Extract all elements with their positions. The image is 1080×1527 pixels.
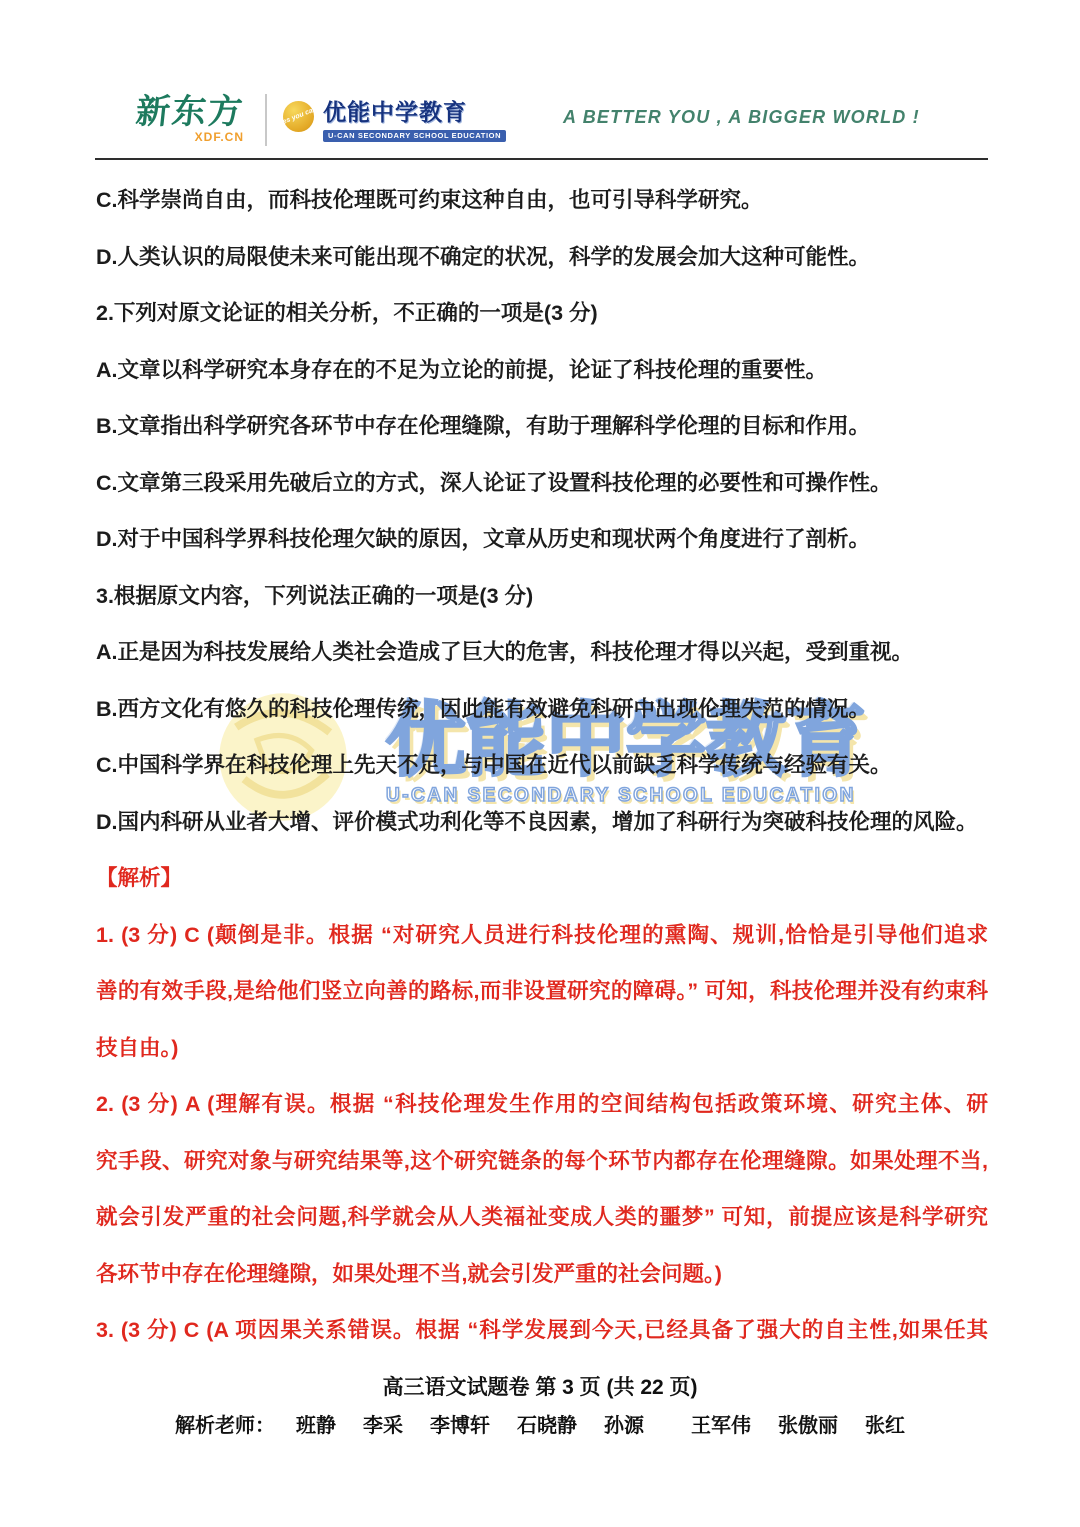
- ucan-ball-text: yes you can: [279, 106, 319, 128]
- analysis-lines: 1. (3 分) C (颠倒是非。根据 “对研究人员进行科技伦理的熏陶、规训,恰…: [96, 907, 988, 1359]
- question-line: B.文章指出科学研究各环节中存在伦理缝隙，有助于理解科学伦理的目标和作用。: [96, 398, 988, 455]
- analysis-line: 2. (3 分) A (理解有误。根据 “科技伦理发生作用的空间结构包括政策环境…: [96, 1076, 988, 1133]
- analysis-line: 就会引发严重的社会问题,科学就会从人类福祉变成人类的噩梦” 可知，前提应该是科学…: [96, 1189, 988, 1246]
- question-line: B.西方文化有悠久的科技伦理传统，因此能有效避免科研中出现伦理失范的情况。: [96, 681, 988, 738]
- question-line: C.科学崇尚自由，而科技伦理既可约束这种自由，也可引导科学研究。: [96, 172, 988, 229]
- question-line: C.中国科学界在科技伦理上先天不足，与中国在近代以前缺乏科学传统与经验有关。: [96, 737, 988, 794]
- analysis-line: 究手段、研究对象与研究结果等,这个研究链条的每个环节内都存在伦理缝隙。如果处理不…: [96, 1133, 988, 1190]
- question-line: C.文章第三段采用先破后立的方式，深人论证了设置科技伦理的必要性和可操作性。: [96, 455, 988, 512]
- question-line: D.国内科研从业者大增、评价模式功利化等不良因素，增加了科研行为突破科技伦理的风…: [96, 794, 988, 851]
- ucan-logo-subtitle: U-CAN SECONDARY SCHOOL EDUCATION: [323, 130, 506, 142]
- ucan-logo-text: 优能中学教育: [323, 100, 506, 125]
- xdf-logo: 新东方 XDF.CN: [136, 95, 244, 143]
- analysis-line: 技自由。): [96, 1020, 988, 1077]
- footer-page-number: 高三语文试题卷 第 3 页 (共 22 页): [0, 1368, 1080, 1408]
- xdf-logo-text: 新东方: [134, 95, 246, 129]
- question-lines: C.科学崇尚自由，而科技伦理既可约束这种自由，也可引导科学研究。D.人类认识的局…: [96, 172, 988, 850]
- teachers-label: 解析老师：: [175, 1408, 275, 1444]
- analysis-line: 1. (3 分) C (颠倒是非。根据 “对研究人员进行科技伦理的熏陶、规训,恰…: [96, 907, 988, 964]
- header-slogan: A BETTER YOU , A BIGGER WORLD !: [563, 107, 920, 128]
- question-line: D.人类认识的局限使未来可能出现不确定的状况，科学的发展会加大这种可能性。: [96, 229, 988, 286]
- ucan-logo: 优能中学教育 U-CAN SECONDARY SCHOOL EDUCATION: [323, 100, 506, 143]
- logo-divider: [265, 94, 267, 146]
- question-line: A.正是因为科技发展给人类社会造成了巨大的危害，科技伦理才得以兴起，受到重视。: [96, 624, 988, 681]
- question-line: D.对于中国科学界科技伦理欠缺的原因，文章从历史和现状两个角度进行了剖析。: [96, 511, 988, 568]
- question-line: A.文章以科学研究本身存在的不足为立论的前提，论证了科技伦理的重要性。: [96, 342, 988, 399]
- analysis-heading: 【解析】: [96, 850, 988, 907]
- ucan-ball-icon: yes you can: [283, 101, 314, 132]
- header: 新东方 XDF.CN yes you can 优能中学教育 U-CAN SECO…: [0, 0, 1080, 170]
- header-rule: [95, 158, 988, 160]
- footer: 高三语文试题卷 第 3 页 (共 22 页) 解析老师： 班静李采李博轩石晓静孙…: [0, 1368, 1080, 1444]
- question-line: 2.下列对原文论证的相关分析，不正确的一项是(3 分): [96, 285, 988, 342]
- analysis-line: 各环节中存在伦理缝隙，如果处理不当,就会引发严重的社会问题。): [96, 1246, 988, 1303]
- analysis-line: 3. (3 分) C (A 项因果关系错误。根据 “科学发展到今天,已经具备了强…: [96, 1302, 988, 1359]
- xdf-logo-domain: XDF.CN: [136, 131, 244, 143]
- footer-teachers: 解析老师： 班静李采李博轩石晓静孙源王军伟张傲丽张红: [0, 1408, 1080, 1444]
- analysis-line: 善的有效手段,是给他们竖立向善的路标,而非设置研究的障碍。” 可知，科技伦理并没…: [96, 963, 988, 1020]
- question-line: 3.根据原文内容，下列说法正确的一项是(3 分): [96, 568, 988, 625]
- exam-page: 新东方 XDF.CN yes you can 优能中学教育 U-CAN SECO…: [0, 0, 1080, 1527]
- exam-content: C.科学崇尚自由，而科技伦理既可约束这种自由，也可引导科学研究。D.人类认识的局…: [96, 172, 988, 1359]
